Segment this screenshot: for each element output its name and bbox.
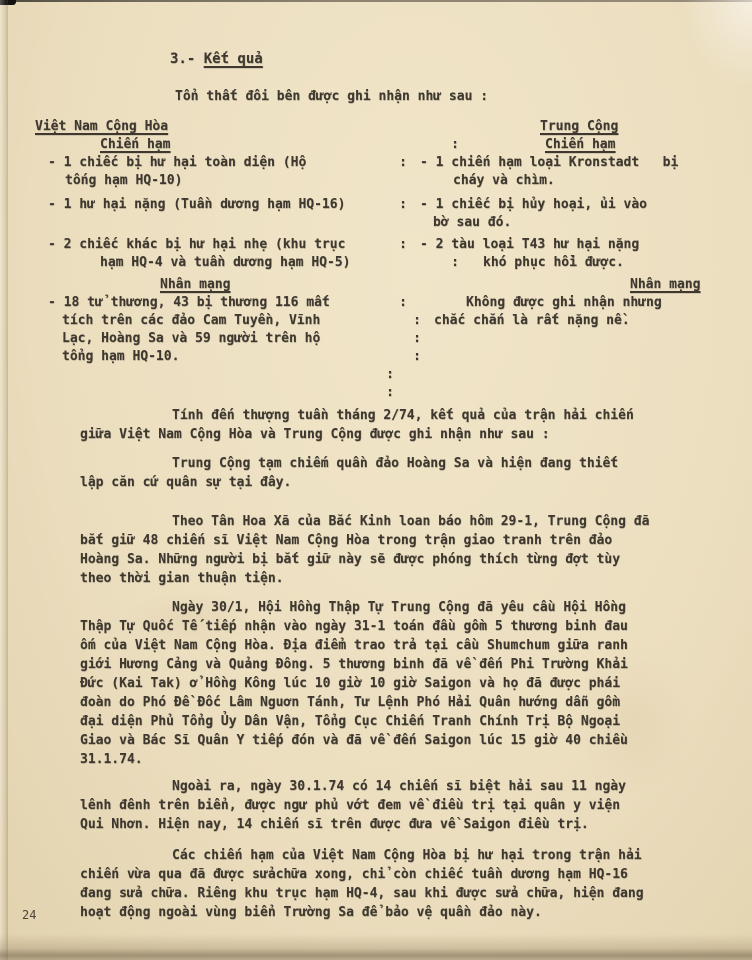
cell-left [35, 384, 375, 402]
scan-edge-bottom [0, 934, 752, 960]
cell-left: hạm HQ-4 và tuần dương hạm HQ-5) [35, 254, 440, 272]
cell-left: Chiến hạm [35, 136, 440, 154]
cell-left: Lạc, Hoàng Sa và 59 người trên hộ [35, 330, 402, 348]
table-row: Lạc, Hoàng Sa và 59 người trên hộ : [35, 330, 717, 348]
table-row: - 2 chiếc khác bị hư hại nhẹ (khu trục :… [35, 236, 717, 254]
document-content: 3.- Kết quả Tổn thất đôi bên được ghi nh… [0, 50, 752, 922]
loss-table: Việt Nam Cộng Hòa Trung Cộng Chiến hạm :… [35, 118, 717, 402]
cell-left: tống hạm HQ-10) [35, 172, 405, 190]
table-row: hạm HQ-4 và tuần dương hạm HQ-5) : khó p… [35, 254, 717, 272]
body-paragraphs: Tính đến thượng tuần tháng 2/74, kết quả… [0, 406, 752, 922]
paragraph-rescued-commandos: Ngoài ra, ngày 30.1.74 có 14 chiến sĩ bi… [80, 777, 720, 834]
cell-left: - 1 hư hại nặng (Tuần dương hạm HQ-16) [35, 196, 388, 214]
cell-sep: : [440, 136, 470, 154]
table-row: bờ sau đó. [35, 214, 717, 232]
cell-right [432, 330, 717, 348]
paragraph-results-feb74: Tính đến thượng tuần tháng 2/74, kết quả… [80, 406, 720, 444]
cell-right: chắc chắn là rất nặng nề. [432, 312, 717, 330]
scan-edge-top [0, 0, 752, 2]
cell-right: Không được ghi nhận nhưng [418, 294, 717, 312]
cell-left [35, 214, 375, 232]
cell-sep: : [388, 294, 418, 312]
section-title-text: Kết quả [204, 51, 263, 67]
cell-left: tổng hạm HQ-10. [35, 348, 402, 366]
loss-table-column-headers: Việt Nam Cộng Hòa Trung Cộng [35, 118, 717, 136]
paragraph-occupation: Trung Cộng tạm chiếm quần đảo Hoàng Sa v… [80, 454, 720, 492]
cell-right [432, 348, 717, 366]
paragraph-ship-repairs: Các chiến hạm của Việt Nam Cộng Hòa bị h… [80, 846, 720, 922]
cell-sep: : [402, 348, 432, 366]
column-header-vnch: Việt Nam Cộng Hòa [35, 118, 375, 136]
cell-sep: : [375, 384, 405, 402]
table-row: - 18 tử thương, 43 bị thương 116 mất : K… [35, 294, 717, 312]
cell-right: khó phục hồi được. [470, 254, 717, 272]
cell-right: Nhân mạng [530, 276, 717, 294]
page-number: 24 [22, 908, 36, 922]
table-row: tích trên các đảo Cam Tuyền, Vĩnh : chắc… [35, 312, 717, 330]
cell-sep [500, 276, 530, 294]
table-row: Nhân mạng Nhân mạng [35, 276, 717, 294]
paragraph-red-cross-handover: Ngày 30/1, Hội Hồng Thập Tự Trung Cộng đ… [80, 598, 720, 769]
section-title: 3.- Kết quả [170, 50, 752, 68]
table-row: : [35, 366, 717, 384]
cell-right: - 1 chiếc bị hủy hoại, ủi vào [418, 196, 717, 214]
cell-right: bờ sau đó. [405, 214, 717, 232]
table-row: tống hạm HQ-10) cháy và chìm. [35, 172, 717, 190]
table-row: - 1 chiếc bị hư hại toàn diện (Hộ : - 1 … [35, 154, 717, 172]
cell-sep: : [388, 236, 418, 254]
cell-sep [375, 214, 405, 232]
paragraph-prisoners: Theo Tân Hoa Xã của Bắc Kinh loan báo hô… [80, 512, 720, 588]
table-row: - 1 hư hại nặng (Tuần dương hạm HQ-16) :… [35, 196, 717, 214]
cell-right: cháy và chìm. [435, 172, 717, 190]
cell-sep: : [402, 312, 432, 330]
table-row: : [35, 384, 717, 402]
cell-right [405, 366, 717, 384]
cell-sep: : [388, 196, 418, 214]
table-row: Chiến hạm : Chiến hạm [35, 136, 717, 154]
cell-left: - 1 chiếc bị hư hại toàn diện (Hộ [35, 154, 388, 172]
cell-right: - 1 chiến hạm loại Kronstadt bị [418, 154, 717, 172]
cell-left: - 2 chiếc khác bị hư hại nhẹ (khu trục [35, 236, 388, 254]
cell-left: tích trên các đảo Cam Tuyền, Vĩnh [35, 312, 402, 330]
cell-left: - 18 tử thương, 43 bị thương 116 mất [35, 294, 388, 312]
cell-sep [405, 172, 435, 190]
column-separator [375, 118, 405, 136]
cell-sep: : [375, 366, 405, 384]
cell-right: Chiến hạm [470, 136, 717, 154]
cell-left [35, 366, 375, 384]
table-row: tổng hạm HQ-10. : [35, 348, 717, 366]
column-header-trung-cong: Trung Cộng [405, 118, 717, 136]
scanned-document-page: 3.- Kết quả Tổn thất đôi bên được ghi nh… [0, 0, 752, 960]
cell-sep: : [440, 254, 470, 272]
cell-right [405, 384, 717, 402]
cell-sep: : [388, 154, 418, 172]
cell-sep: : [402, 330, 432, 348]
cell-right: - 2 tàu loại T43 hư hại nặng [418, 236, 717, 254]
section-number: 3.- [170, 51, 204, 67]
cell-left: Nhân mạng [35, 276, 500, 294]
intro-line: Tổn thất đôi bên được ghi nhận như sau : [80, 88, 752, 106]
